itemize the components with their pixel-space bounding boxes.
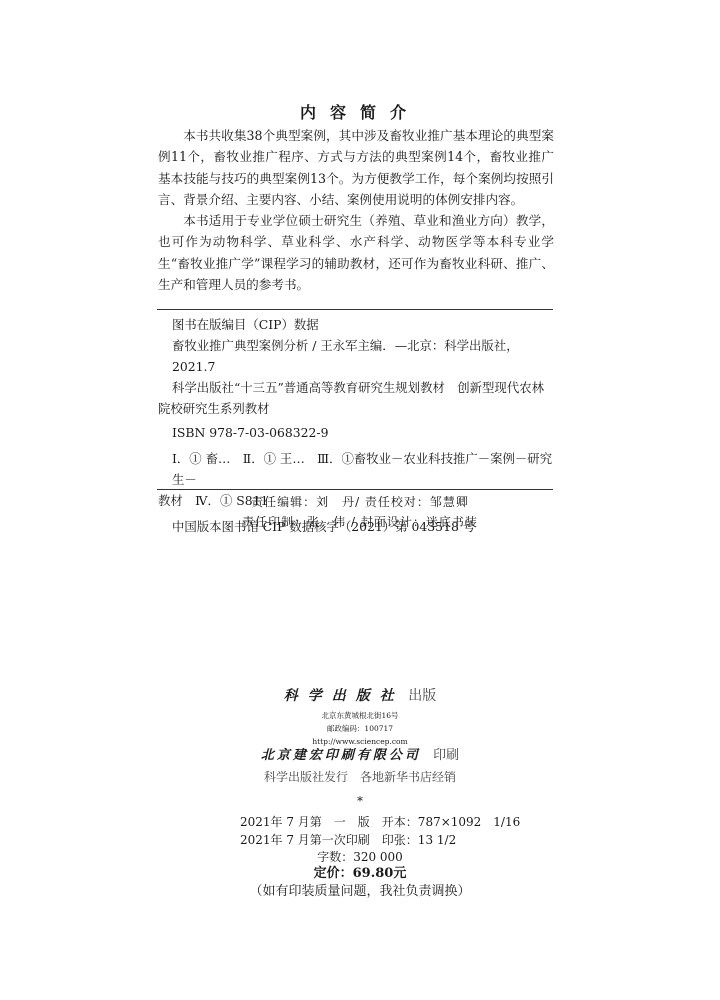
cip-top-rule xyxy=(157,309,553,310)
cip-classification-line-1: Ⅰ．① 畜… Ⅱ．① 王… Ⅲ．①畜牧业－农业科技推广－案例－研究生－ xyxy=(172,448,554,490)
printer-line: 北京建宏印刷有限公司 印刷 xyxy=(0,746,720,766)
publisher-postcode: 邮政编码：100717 xyxy=(0,723,720,735)
summary-paragraph-1: 本书共收集38个典型案例，其中涉及畜牧业推广基本理论的典型案例11个，畜牧业推广… xyxy=(158,125,554,210)
cip-title-line: 畜牧业推广典型案例分析 / 王永军主编．—北京：科学出版社，2021.7 xyxy=(172,335,554,377)
cip-bottom-rule xyxy=(157,489,553,490)
credits-line-2: 责任印制：张 伟 / 封面设计：迷底书装 xyxy=(0,512,720,532)
publisher-address: 北京东黄城根北街16号 xyxy=(0,710,720,722)
cip-series-line-1: 科学出版社“十三五”普通高等教育研究生规划教材 创新型现代农林 xyxy=(172,377,554,398)
cip-heading: 图书在版编目（CIP）数据 xyxy=(172,314,554,335)
credits-line-1: 责任编辑：刘 丹/ 责任校对：邹慧卿 xyxy=(0,492,720,512)
page-title: 内容简介 xyxy=(0,100,720,123)
separator-star: * xyxy=(0,791,720,811)
cip-isbn: ISBN 978-7-03-068322-9 xyxy=(172,422,554,443)
book-summary: 本书共收集38个典型案例，其中涉及畜牧业推广基本理论的典型案例11个，畜牧业推广… xyxy=(158,125,554,295)
edition-line: 2021年 7 月第 一 版 开本：787×1092 1/16 xyxy=(240,812,520,832)
printer-role: 印刷 xyxy=(433,748,459,763)
publisher-name: 科学出版社 xyxy=(284,688,404,704)
summary-paragraph-2: 本书适用于专业学位硕士研究生（养殖、草业和渔业方向）教学，也可作为动物科学、草业… xyxy=(158,210,554,295)
printer-name: 北京建宏印刷有限公司 xyxy=(261,748,421,763)
price: 定价：69.80元 xyxy=(0,864,720,884)
distribution-line: 科学出版社发行 各地新华书店经销 xyxy=(0,767,720,787)
cip-series-line-2: 院校研究生系列教材 xyxy=(158,398,554,419)
quality-notice: （如有印装质量问题，我社负责调换） xyxy=(0,882,720,902)
publisher-role: 出版 xyxy=(408,688,436,704)
publisher-line: 科学出版社 出版 xyxy=(0,686,720,706)
